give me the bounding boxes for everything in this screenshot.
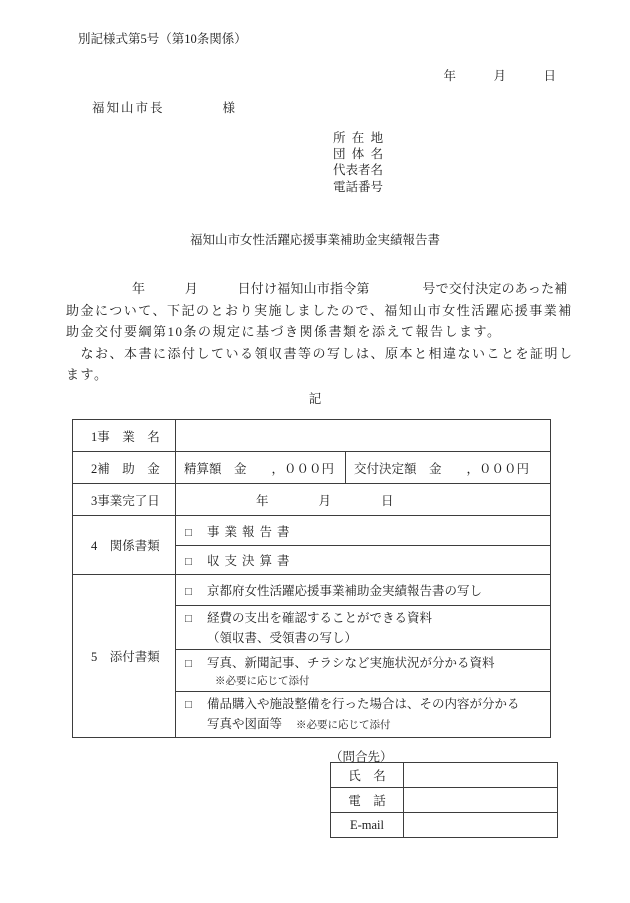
- checkbox-icon[interactable]: □: [185, 610, 197, 629]
- body-line: なお、本書に添付している領収書等の写しは、原本と相違ないことを証明し: [66, 343, 578, 365]
- address-block: 所在地 団体名 代表者名 電話番号: [333, 130, 389, 195]
- table-label-completion-date: 3事業完了日: [73, 484, 176, 516]
- checkbox-item-label: 経費の支出を確認することができる資料: [207, 609, 432, 628]
- body-line: 助金について、下記のとおり実施しましたので、福知山市女性活躍応援事業補: [66, 300, 578, 322]
- form-id-label: 別記様式第5号（第10条関係）: [78, 29, 247, 47]
- document-title: 福知山市女性活躍応援事業補助金実績報告書: [0, 230, 630, 248]
- contact-value-phone[interactable]: [404, 788, 558, 813]
- attachment-row: □ 備品購入や施設整備を行った場合は、その内容が分かる 写真や図面等※必要に応じ…: [176, 692, 551, 738]
- checkbox-icon[interactable]: □: [185, 556, 197, 568]
- table-label-business-name: 1事 業 名: [73, 420, 176, 452]
- address-line-organization: 団体名: [333, 146, 389, 162]
- main-table: 1事 業 名 2補 助 金 精算額 金 ，０００円 交付決定額 金 ，０００円 …: [72, 419, 551, 738]
- attachment-row: □ 京都府女性活躍応援事業補助金実績報告書の写し: [176, 575, 551, 606]
- table-label-related-documents: 4 関係書類: [73, 516, 176, 575]
- body-paragraph: 年 月 日付け福知山市指令第 号で交付決定のあった補 助金について、下記のとおり…: [66, 278, 578, 386]
- contact-label-email: E-mail: [331, 813, 404, 838]
- addressee-line: 福知山市長 様: [92, 98, 237, 116]
- attachment-row: □ 経費の支出を確認することができる資料 （領収書、受領書の写し）: [176, 606, 551, 650]
- table-label-subsidy: 2補 助 金: [73, 452, 176, 484]
- contact-value-name[interactable]: [404, 763, 558, 788]
- table-label-attachments: 5 添付書類: [73, 575, 176, 738]
- attachment-note: ※必要に応じて添付: [296, 720, 391, 731]
- body-line: 助金交付要綱第10条の規定に基づき関係書類を添えて報告します。: [66, 321, 578, 343]
- checkbox-icon[interactable]: □: [185, 586, 197, 598]
- address-line-phone: 電話番号: [333, 179, 389, 195]
- body-line: 年 月 日付け福知山市指令第 号で交付決定のあった補: [66, 278, 578, 300]
- checkbox-item-label: 京都府女性活躍応援事業補助金実績報告書の写し: [207, 581, 482, 599]
- completion-date-cell[interactable]: 年 月 日: [176, 484, 551, 516]
- ki-heading: 記: [0, 389, 630, 407]
- checkbox-item-label: 収支決算書: [207, 551, 295, 569]
- checkbox-item-label: 写真、新聞記事、チラシなど実施状況が分かる資料: [207, 654, 495, 673]
- checkbox-item-subtext: 写真や図面等: [207, 717, 282, 731]
- checkbox-icon[interactable]: □: [185, 696, 197, 715]
- related-doc-row: □ 収支決算書: [176, 546, 551, 575]
- business-name-value-cell[interactable]: [176, 420, 551, 452]
- settlement-amount-cell[interactable]: 精算額 金 ，０００円: [176, 452, 346, 484]
- body-line: ます。: [66, 364, 578, 386]
- address-line-location: 所在地: [333, 130, 389, 146]
- checkbox-icon[interactable]: □: [185, 655, 197, 674]
- document-page: 別記様式第5号（第10条関係） 年 月 日 福知山市長 様 所在地 団体名 代表…: [0, 0, 630, 903]
- related-doc-row: □ 事業報告書: [176, 516, 551, 546]
- checkbox-item-subtext: （領収書、受領書の写し）: [176, 629, 550, 647]
- contact-label-name: 氏 名: [331, 763, 404, 788]
- checkbox-item-label: 事業報告書: [207, 522, 295, 540]
- grant-decision-amount-cell[interactable]: 交付決定額 金 ，０００円: [346, 452, 551, 484]
- contact-label-phone: 電 話: [331, 788, 404, 813]
- attachment-row: □ 写真、新聞記事、チラシなど実施状況が分かる資料 ※必要に応じて添付: [176, 650, 551, 692]
- checkbox-icon[interactable]: □: [185, 527, 197, 539]
- checkbox-item-label: 備品購入や施設整備を行った場合は、その内容が分かる: [207, 695, 520, 714]
- attachment-note: ※必要に応じて添付: [176, 674, 550, 689]
- contact-table: 氏 名 電 話 E-mail: [330, 762, 558, 838]
- contact-value-email[interactable]: [404, 813, 558, 838]
- address-line-representative: 代表者名: [333, 162, 389, 178]
- date-line: 年 月 日: [0, 66, 556, 84]
